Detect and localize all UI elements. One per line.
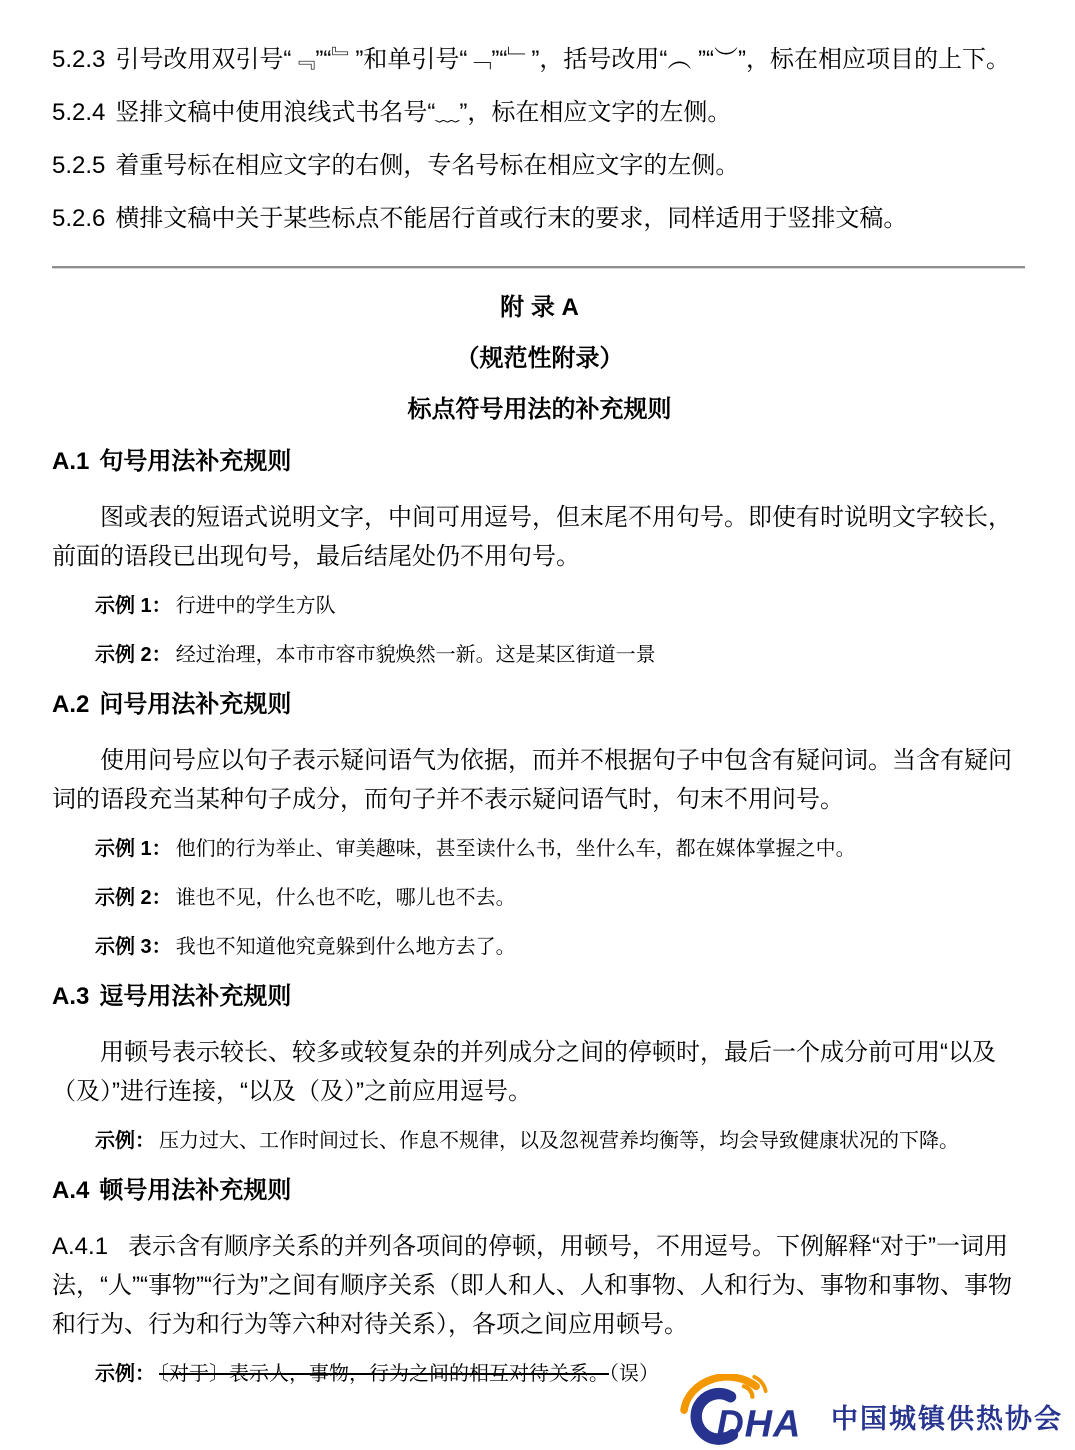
example-item: 示例 2：谁也不见，什么也不吃，哪儿也不去。 (95, 883, 1027, 913)
clause-text: 着重号标在相应文字的右侧，专名号标在相应文字的左侧。 (115, 152, 739, 179)
section-paragraph: 用顿号表示较长、较多或较复杂的并列成分之间的停顿时，最后一个成分前可用“以及（及… (52, 1033, 1027, 1111)
example-struck-text: 〔对于〕表示人，事物，行为之间的相互对待关系。 (159, 1363, 609, 1385)
clause-text: 竖排文稿中使用浪线式书名号“﹏”，标在相应文字的左侧。 (115, 99, 731, 126)
section-paragraph: 使用问号应以句子表示疑问语气为依据，而并不根据句子中包含有疑问词。当含有疑问词的… (52, 741, 1027, 819)
example-item: 示例 1：行进中的学生方队 (95, 591, 1027, 621)
section-id: A.2 (52, 691, 89, 718)
cdha-logo-icon: DHA (675, 1374, 825, 1448)
clause-5-2-3: 5.2.3引号改用双引号“﹃”“﹄”和单引号“﹁”“﹂”，括号改用“︵ ”“︶”… (52, 40, 1027, 80)
appendix-title: 附 录 A (52, 293, 1027, 323)
section-title: 逗号用法补充规则 (99, 983, 291, 1010)
logo-wave-small (744, 1386, 753, 1396)
clause-number: 5.2.6 (52, 205, 105, 232)
example-label: 示例 3： (95, 936, 172, 958)
example-label: 示例： (95, 1363, 155, 1385)
org-name-text: 中国城镇供热协会 (831, 1397, 1063, 1436)
section-heading-a2: A.2问号用法补充规则 (52, 689, 1027, 721)
example-label: 示例 2： (95, 887, 172, 909)
example-item: 示例 2：经过治理，本市市容市貌焕然一新。这是某区街道一景 (95, 640, 1027, 670)
clause-text: 引号改用双引号“﹃”“﹄”和单引号“﹁”“﹂”，括号改用“︵ ”“︶”，标在相应… (115, 46, 1010, 73)
example-error-marker: （误） (609, 1363, 659, 1385)
section-id: A.3 (52, 983, 89, 1010)
clause-text: 横排文稿中关于某些标点不能居行首或行末的要求，同样适用于竖排文稿。 (115, 205, 907, 232)
appendix-heading: 标点符号用法的补充规则 (52, 395, 1027, 425)
section-title: 问号用法补充规则 (99, 691, 291, 718)
section-heading-a3: A.3逗号用法补充规则 (52, 981, 1027, 1013)
clause-5-2-4: 5.2.4竖排文稿中使用浪线式书名号“﹏”，标在相应文字的左侧。 (52, 93, 1027, 133)
section-title: 句号用法补充规则 (99, 448, 291, 475)
example-label: 示例 2： (95, 644, 172, 666)
clause-number: 5.2.4 (52, 99, 105, 126)
section-id: A.1 (52, 448, 89, 475)
example-item: 示例 1：他们的行为举止、审美趣味，甚至读什么书，坐什么车，都在媒体掌握之中。 (95, 834, 1027, 864)
clause-5-2-6: 5.2.6横排文稿中关于某些标点不能居行首或行末的要求，同样适用于竖排文稿。 (52, 199, 1027, 239)
document-page: 5.2.3引号改用双引号“﹃”“﹄”和单引号“﹁”“﹂”，括号改用“︵ ”“︶”… (0, 0, 1075, 1450)
org-logo: DHA 中国城镇供热协会 (675, 1374, 1063, 1448)
section-heading-a4: A.4顿号用法补充规则 (52, 1175, 1027, 1207)
sub-clause-a4-1: A.4.1表示含有顺序关系的并列各项间的停顿，用顿号，不用逗号。下例解释“对于”… (52, 1227, 1027, 1344)
sub-clause-text: 表示含有顺序关系的并列各项间的停顿，用顿号，不用逗号。下例解释“对于”一词用法，… (52, 1233, 1012, 1338)
appendix-subtitle: （规范性附录） (52, 344, 1027, 374)
example-label: 示例 1： (95, 595, 172, 617)
example-text: 压力过大、工作时间过长、作息不规律，以及忽视营养均衡等，均会导致健康状况的下降。 (159, 1130, 959, 1152)
logo-abbr-text: DHA (716, 1404, 801, 1446)
example-item: 示例 3：我也不知道他究竟躲到什么地方去了。 (95, 932, 1027, 962)
clause-number: 5.2.5 (52, 152, 105, 179)
example-label: 示例 1： (95, 838, 172, 860)
example-text: 他们的行为举止、审美趣味，甚至读什么书，坐什么车，都在媒体掌握之中。 (176, 838, 856, 860)
clause-number: 5.2.3 (52, 46, 105, 73)
example-item: 示例：压力过大、工作时间过长、作息不规律，以及忽视营养均衡等，均会导致健康状况的… (95, 1126, 1027, 1156)
clause-5-2-5: 5.2.5着重号标在相应文字的右侧，专名号标在相应文字的左侧。 (52, 146, 1027, 186)
example-text: 经过治理，本市市容市貌焕然一新。这是某区街道一景 (176, 644, 656, 666)
section-heading-a1: A.1句号用法补充规则 (52, 446, 1027, 478)
example-label: 示例： (95, 1130, 155, 1152)
example-text: 我也不知道他究竟躲到什么地方去了。 (176, 936, 516, 958)
example-text: 谁也不见，什么也不吃，哪儿也不去。 (176, 887, 516, 909)
section-id: A.4 (52, 1177, 89, 1204)
section-divider (52, 266, 1025, 269)
sub-clause-number: A.4.1 (52, 1233, 108, 1260)
section-title: 顿号用法补充规则 (99, 1177, 291, 1204)
example-text: 行进中的学生方队 (176, 595, 336, 617)
section-paragraph: 图或表的短语式说明文字，中间可用逗号，但末尾不用句号。即使有时说明文字较长，前面… (52, 498, 1027, 576)
